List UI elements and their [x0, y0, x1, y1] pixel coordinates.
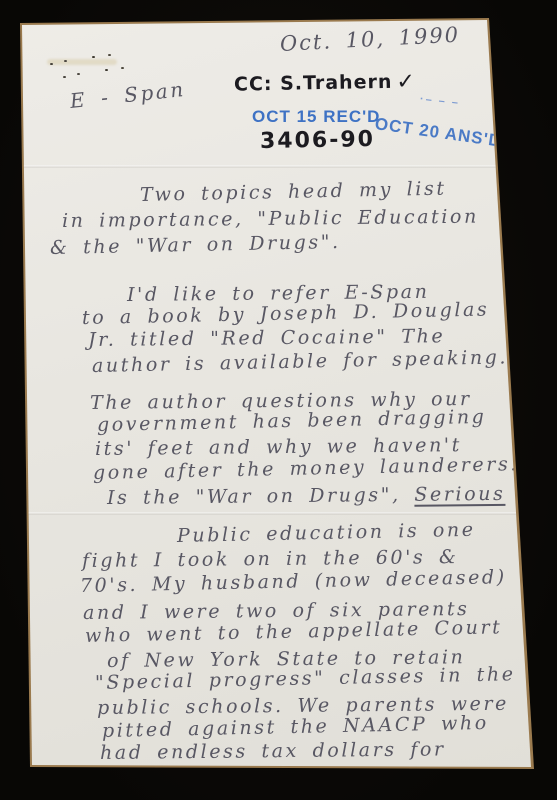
ink-specks — [50, 63, 53, 65]
handwritten-line-serious: Is the "War on Drugs", Serious "? — [107, 482, 543, 509]
answered-stamp: OCT 20 ANS'D — [374, 114, 503, 152]
received-stamp: OCT 15 REC'D — [252, 107, 380, 127]
ink-specks — [63, 76, 66, 78]
stamp-ink-smudge: ·– – – — [419, 93, 460, 109]
whiteout-smear — [47, 59, 117, 65]
addressee-script: E - Span — [69, 77, 187, 113]
handwritten-line: author is available for speaking. — [92, 346, 509, 377]
paper-crease — [19, 165, 535, 168]
serious-suffix: "? — [505, 482, 543, 504]
case-number: 3406-90 — [260, 127, 375, 154]
letter-page: Oct. 10, 1990 CC: S.Trahern✓ E - Span OC… — [19, 17, 535, 774]
photo-background: Oct. 10, 1990 CC: S.Trahern✓ E - Span OC… — [0, 0, 557, 800]
serious-prefix: Is the "War on Drugs", — [107, 484, 415, 509]
handwritten-line: Two topics head my list — [140, 178, 447, 206]
handwritten-line: & the "War on Drugs". — [50, 231, 341, 259]
cc-line: CC: S.Trahern✓ — [234, 68, 416, 96]
handwritten-line: in importance, "Public Education — [62, 206, 479, 232]
serious-underlined-word: Serious — [414, 483, 505, 506]
paper-crease — [19, 512, 535, 515]
checkmark-icon: ✓ — [392, 69, 416, 94]
handwritten-line: Jr. titled "Red Cocaine" The — [88, 325, 446, 351]
handwritten-line: Public education is one — [177, 519, 476, 547]
cc-label: CC: S.Trahern — [234, 71, 393, 96]
handwritten-line: had endless tax dollars for — [100, 738, 446, 764]
date-line: Oct. 10, 1990 — [279, 23, 460, 56]
